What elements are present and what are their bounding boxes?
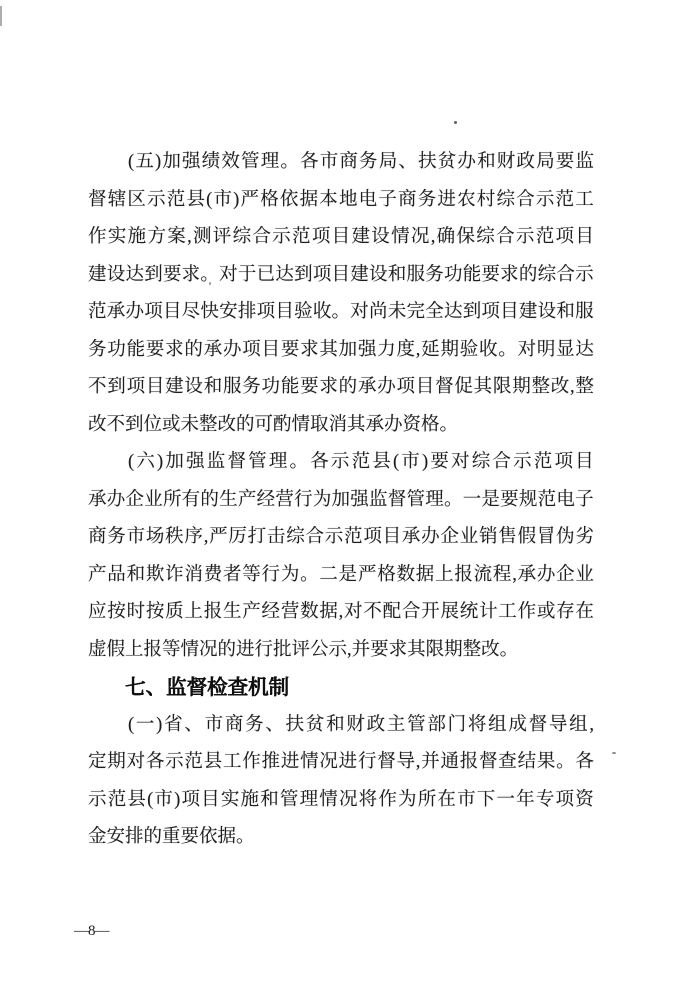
text-line: 范承办项目尽快安排项目验收。对尚未完全达到项目建设和服	[88, 294, 594, 332]
text-line: 定期对各示范县工作推进情况进行督导,并通报督查结果。各	[88, 744, 594, 782]
text-line-paragraph-5-start: (五)加强绩效管理。各市商务局、扶贫办和财政局要监	[88, 144, 594, 182]
text-line: 应按时按质上报生产经营数据,对不配合开展统计工作或存在	[88, 594, 594, 632]
text-line-paragraph-1-end: 金安排的重要依据。	[88, 819, 594, 857]
scan-edge-artifact	[0, 6, 2, 26]
text-line: 承办企业所有的生产经营行为加强监督管理。一是要规范电子	[88, 482, 594, 520]
text-line: 建设达到要求。对于已达到项目建设和服务功能要求的综合示	[88, 257, 594, 295]
text-line: 商务市场秩序,严厉打击综合示范项目承办企业销售假冒伪劣	[88, 519, 594, 557]
text-line: 务功能要求的承办项目要求其加强力度,延期验收。对明显达	[88, 332, 594, 370]
page-number: —8—	[74, 920, 109, 942]
text-line: 不到项目建设和服务功能要求的承办项目督促其限期整改,整	[88, 369, 594, 407]
text-line: 作实施方案,测评综合示范项目建设情况,确保综合示范项目	[88, 219, 594, 257]
scan-speck	[612, 752, 616, 754]
text-line: 督辖区示范县(市)严格依据本地电子商务进农村综合示范工	[88, 182, 594, 220]
text-line-paragraph-5-end: 改不到位或未整改的可酌情取消其承办资格。	[88, 407, 594, 445]
text-line-paragraph-1-start: (一)省、市商务、扶贫和财政主管部门将组成督导组,	[88, 707, 594, 745]
scan-speck	[454, 121, 457, 124]
text-line-paragraph-6-end: 虚假上报等情况的进行批评公示,并要求其限期整改。	[88, 632, 594, 670]
body-text: (五)加强绩效管理。各市商务局、扶贫办和财政局要监 督辖区示范县(市)严格依据本…	[88, 144, 594, 857]
section-heading-7: 七、监督检查机制	[88, 669, 594, 707]
text-line: 示范县(市)项目实施和管理情况将作为所在市下一年专项资	[88, 782, 594, 820]
text-line-paragraph-6-start: (六)加强监督管理。各示范县(市)要对综合示范项目	[88, 444, 594, 482]
document-page: (五)加强绩效管理。各市商务局、扶贫办和财政局要监 督辖区示范县(市)严格依据本…	[0, 0, 700, 1000]
text-line: 产品和欺诈消费者等行为。二是严格数据上报流程,承办企业	[88, 557, 594, 595]
